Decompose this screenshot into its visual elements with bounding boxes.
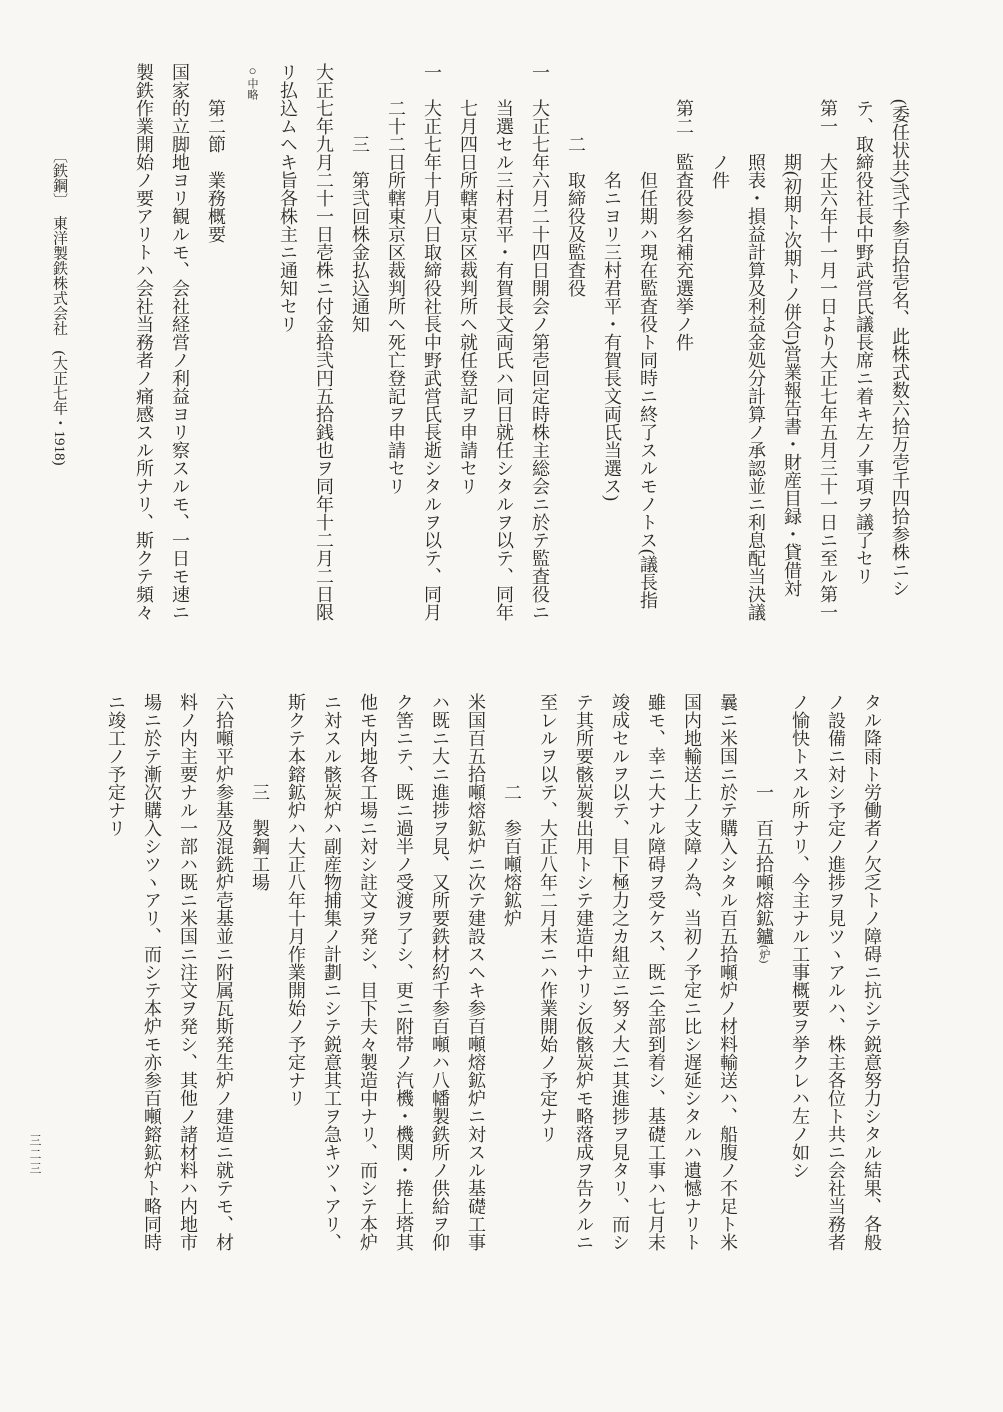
text-column: ノ設備ニ対シ予定ノ進捗ヲ見ツヽアルハ、株主各位ト共ニ会社当務者 bbox=[818, 693, 854, 1255]
inline-annotation: (炉) bbox=[758, 945, 770, 963]
works-overview-text-block: タル降雨ト労働者ノ欠乏トノ障碍ニ抗シテ鋭意努力シタル結果、各般ノ設備ニ対シ予定ノ… bbox=[98, 693, 890, 1255]
text-column: 一 大正七年十月八日取締役社長中野武営氏長逝シタルヲ以テ、同月 bbox=[414, 63, 450, 625]
text-column: 米国百五拾噸熔鉱炉ニ次テ建設スヘキ参百噸熔鉱炉ニ対スル基礎工事 bbox=[458, 693, 494, 1255]
text-column: 曩ニ米国ニ於テ購入シタル百五拾噸炉ノ材料輸送ハ、船腹ノ不足ト米 bbox=[710, 693, 746, 1255]
text-column: 三 製鋼工場 bbox=[242, 693, 278, 1255]
text-column: 但任期ハ現在監査役ト同時ニ終了スルモノトス(議長指 bbox=[630, 63, 666, 625]
text-column: ク筈ニテ、既ニ過半ノ受渡ヲ了シ、更ニ附帯ノ汽機・機関・捲上塔其 bbox=[386, 693, 422, 1255]
text-column: ○中略 bbox=[234, 63, 270, 625]
text-column: 三 第弐回株金払込通知 bbox=[342, 63, 378, 625]
text-column: (委任状共)弐千参百拾壱名、此株式数六拾万壱千四拾参株ニシ bbox=[882, 63, 918, 625]
text-column: 期(初期ト次期トノ併合)営業報告書・財産目録・貸借対 bbox=[774, 63, 810, 625]
page-number: 三二三 bbox=[27, 1134, 44, 1204]
text-column: 他モ内地各工場ニ対シ註文ヲ発シ、目下夫々製造中ナリ、而シテ本炉 bbox=[350, 693, 386, 1255]
text-column: ニ竣工ノ予定ナリ bbox=[98, 693, 134, 1255]
text-column: 料ノ内主要ナル一部ハ既ニ米国ニ注文ヲ発シ、其他ノ諸材料ハ内地市 bbox=[170, 693, 206, 1255]
text-column: 至レルヲ以テ、大正八年二月末ニハ作業開始ノ予定ナリ bbox=[530, 693, 566, 1255]
text-column: 七月四日所轄東京区裁判所ヘ就任登記ヲ申請セリ bbox=[450, 63, 486, 625]
text-column: 製鉄作業開始ノ要アリトハ会社当務者ノ痛感スル所ナリ、斯クテ頻々 bbox=[126, 63, 162, 625]
text-column: 第一 大正六年十一月一日より大正七年五月三十一日ニ至ル第一 bbox=[810, 63, 846, 625]
text-column: 斯クテ本鎔鉱炉ハ大正八年十月作業開始ノ予定ナリ bbox=[278, 693, 314, 1255]
text-column: 竣成セルヲ以テ、目下極力之カ組立ニ努メ大ニ其進捗ヲ見タリ、而シ bbox=[602, 693, 638, 1255]
running-title: 〔鉄鋼〕 東洋製鉄株式会社 (大正七年・1918) bbox=[44, 148, 74, 568]
text-column: 六拾噸平炉参基及混銑炉壱基並ニ附属瓦斯発生炉ノ建造ニ就テモ、材 bbox=[206, 693, 242, 1255]
text-column: 場ニ於テ漸次購入シツヽアリ、而シテ本炉モ亦参百噸鎔鉱炉ト略同時 bbox=[134, 693, 170, 1255]
text-column: リ払込ムヘキ旨各株主ニ通知セリ bbox=[270, 63, 306, 625]
text-column: ノ愉快トスル所ナリ、今主ナル工事概要ヲ挙クレハ左ノ如シ bbox=[782, 693, 818, 1255]
text-column: ニ対スル骸炭炉ハ副産物捕集ノ計劃ニシテ鋭意其工ヲ急キツヽアリ、 bbox=[314, 693, 350, 1255]
scanned-document-page: (委任状共)弐千参百拾壱名、此株式数六拾万壱千四拾参株ニシ テ、取締役社長中野武… bbox=[0, 0, 1003, 1412]
text-column: 国家的立脚地ヨリ観ルモ、会社経営ノ利益ヨリ察スルモ、一日モ速ニ bbox=[162, 63, 198, 625]
text-column: 第二節 業務概要 bbox=[198, 63, 234, 625]
minutes-text-block: (委任状共)弐千参百拾壱名、此株式数六拾万壱千四拾参株ニシ テ、取締役社長中野武… bbox=[126, 63, 918, 625]
text-column: 大正七年九月二十一日壱株ニ付金拾弐円五拾銭也ヲ同年十二月二日限 bbox=[306, 63, 342, 625]
inline-annotation: 中略 bbox=[246, 78, 258, 100]
text-column: 当選セル三村君平・有賀長文両氏ハ同日就任シタルヲ以テ、同年 bbox=[486, 63, 522, 625]
text-column: 二十二日所轄東京区裁判所ヘ死亡登記ヲ申請セリ bbox=[378, 63, 414, 625]
text-column: 照表・損益計算及利益金処分計算ノ承認並ニ利息配当決議 bbox=[738, 63, 774, 625]
text-column: 国内地輸送上ノ支障ノ為、当初ノ予定ニ比シ遅延シタルハ遺憾ナリト bbox=[674, 693, 710, 1255]
text-column: 一 大正七年六月二十四日開会ノ第壱回定時株主総会ニ於テ監査役ニ bbox=[522, 63, 558, 625]
text-column: タル降雨ト労働者ノ欠乏トノ障碍ニ抗シテ鋭意努力シタル結果、各般 bbox=[854, 693, 890, 1255]
text-column: 第二 監査役参名補充選挙ノ件 bbox=[666, 63, 702, 625]
text-column: 二 取締役及監査役 bbox=[558, 63, 594, 625]
text-column: ノ件 bbox=[702, 63, 738, 625]
text-column: テ、取締役社長中野武営氏議長席ニ着キ左ノ事項ヲ議了セリ bbox=[846, 63, 882, 625]
text-column: 名ニヨリ三村君平・有賀長文両氏当選ス) bbox=[594, 63, 630, 625]
text-column: 雖モ、幸ニ大ナル障碍ヲ受ケス、既ニ全部到着シ、基礎工事ハ七月末 bbox=[638, 693, 674, 1255]
text-column: 二 参百噸熔鉱炉 bbox=[494, 693, 530, 1255]
text-column: 一 百五拾噸熔鉱鑪(炉) bbox=[746, 693, 782, 1255]
text-column: テ其所要骸炭製出用トシテ建造中ナリシ仮骸炭炉モ略落成ヲ告クルニ bbox=[566, 693, 602, 1255]
text-column: ハ既ニ大ニ進捗ヲ見、又所要鉄材約千参百噸ハ八幡製鉄所ノ供給ヲ仰 bbox=[422, 693, 458, 1255]
